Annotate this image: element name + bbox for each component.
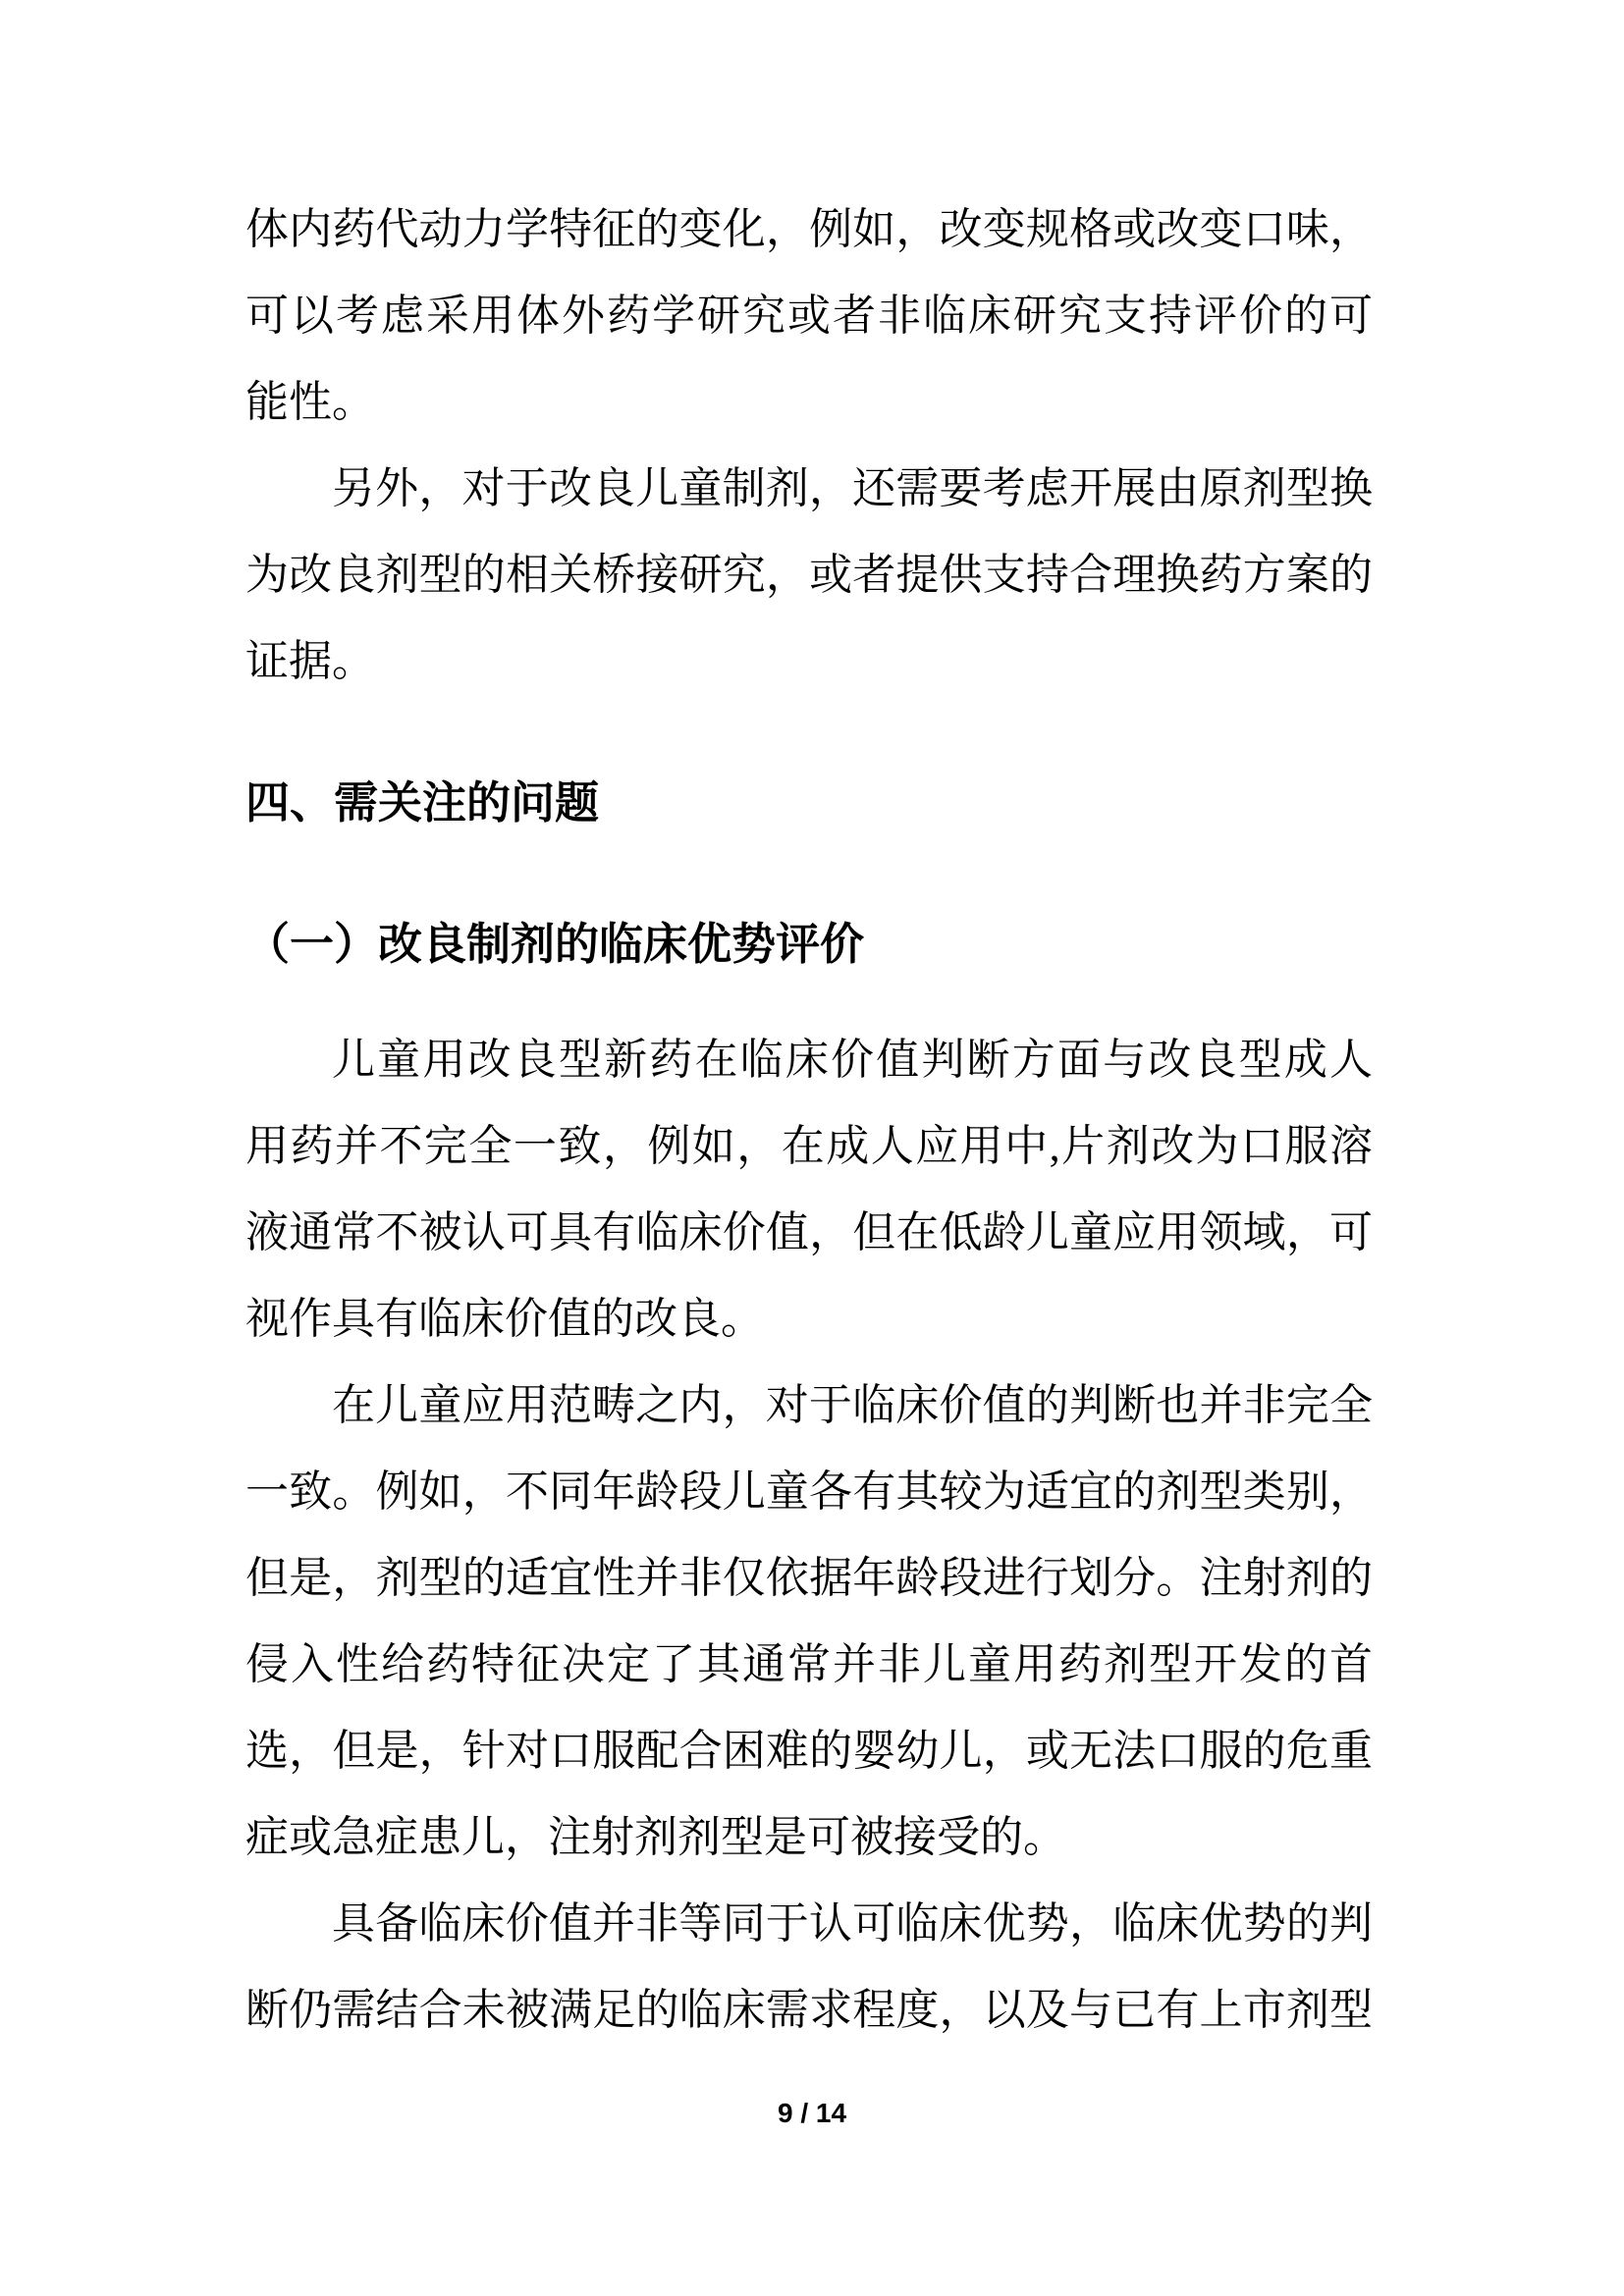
text-line: 一致。例如，不同年龄段儿童各有其较为适宜的剂型类别， — [245, 1449, 1373, 1535]
text-line: 用药并不完全一致，例如，在成人应用中,片剂改为口服溶 — [245, 1103, 1373, 1190]
paragraph-age-appropriate-dosage-forms: 在儿童应用范畴之内，对于临床价值的判断也并非完全一致。例如，不同年龄段儿童各有其… — [245, 1362, 1373, 1881]
page-number: 9 / 14 — [0, 2097, 1624, 2130]
paragraph-clinical-value-difference: 儿童用改良型新药在临床价值判断方面与改良型成人用药并不完全一致，例如，在成人应用… — [245, 1017, 1373, 1362]
subsection-heading-one: （一）改良制剂的临床优势评价 — [245, 901, 1373, 988]
heading-text: 四、需关注的问题 — [245, 760, 1373, 846]
text-line: 但是，剂型的适宜性并非仅依据年龄段进行划分。注射剂的 — [245, 1535, 1373, 1622]
document-content: 体内药代动力学特征的变化，例如，改变规格或改变口味，可以考虑采用体外药学研究或者… — [245, 187, 1373, 2054]
heading-text: （一）改良制剂的临床优势评价 — [245, 901, 1373, 988]
text-line: 侵入性给药特征决定了其通常并非儿童用药剂型开发的首 — [245, 1622, 1373, 1708]
text-line: 液通常不被认可具有临床价值，但在低龄儿童应用领域，可 — [245, 1190, 1373, 1276]
text-line: 可以考虑采用体外药学研究或者非临床研究支持评价的可 — [245, 273, 1373, 359]
text-line: 另外，对于改良儿童制剂，还需要考虑开展由原剂型换 — [245, 446, 1373, 532]
text-line: 为改良剂型的相关桥接研究，或者提供支持合理换药方案的 — [245, 532, 1373, 618]
text-line: 在儿童应用范畴之内，对于临床价值的判断也并非完全 — [245, 1362, 1373, 1449]
text-line: 证据。 — [245, 618, 1373, 705]
text-line: 体内药代动力学特征的变化，例如，改变规格或改变口味， — [245, 187, 1373, 273]
text-line: 儿童用改良型新药在临床价值判断方面与改良型成人 — [245, 1017, 1373, 1103]
paragraph-continuation: 体内药代动力学特征的变化，例如，改变规格或改变口味，可以考虑采用体外药学研究或者… — [245, 187, 1373, 446]
section-heading-four: 四、需关注的问题 — [245, 760, 1373, 846]
text-line: 视作具有临床价值的改良。 — [245, 1276, 1373, 1362]
paragraph-bridging-studies: 另外，对于改良儿童制剂，还需要考虑开展由原剂型换为改良剂型的相关桥接研究，或者提… — [245, 446, 1373, 705]
text-line: 症或急症患儿，注射剂剂型是可被接受的。 — [245, 1794, 1373, 1881]
text-line: 选，但是，针对口服配合困难的婴幼儿，或无法口服的危重 — [245, 1708, 1373, 1794]
document-page: 体内药代动力学特征的变化，例如，改变规格或改变口味，可以考虑采用体外药学研究或者… — [0, 0, 1624, 2296]
text-line: 能性。 — [245, 359, 1373, 446]
paragraph-clinical-advantage-judgment: 具备临床价值并非等同于认可临床优势，临床优势的判断仍需结合未被满足的临床需求程度… — [245, 1881, 1373, 2054]
text-line: 断仍需结合未被满足的临床需求程度，以及与已有上市剂型 — [245, 1967, 1373, 2054]
text-line: 具备临床价值并非等同于认可临床优势，临床优势的判 — [245, 1881, 1373, 1967]
